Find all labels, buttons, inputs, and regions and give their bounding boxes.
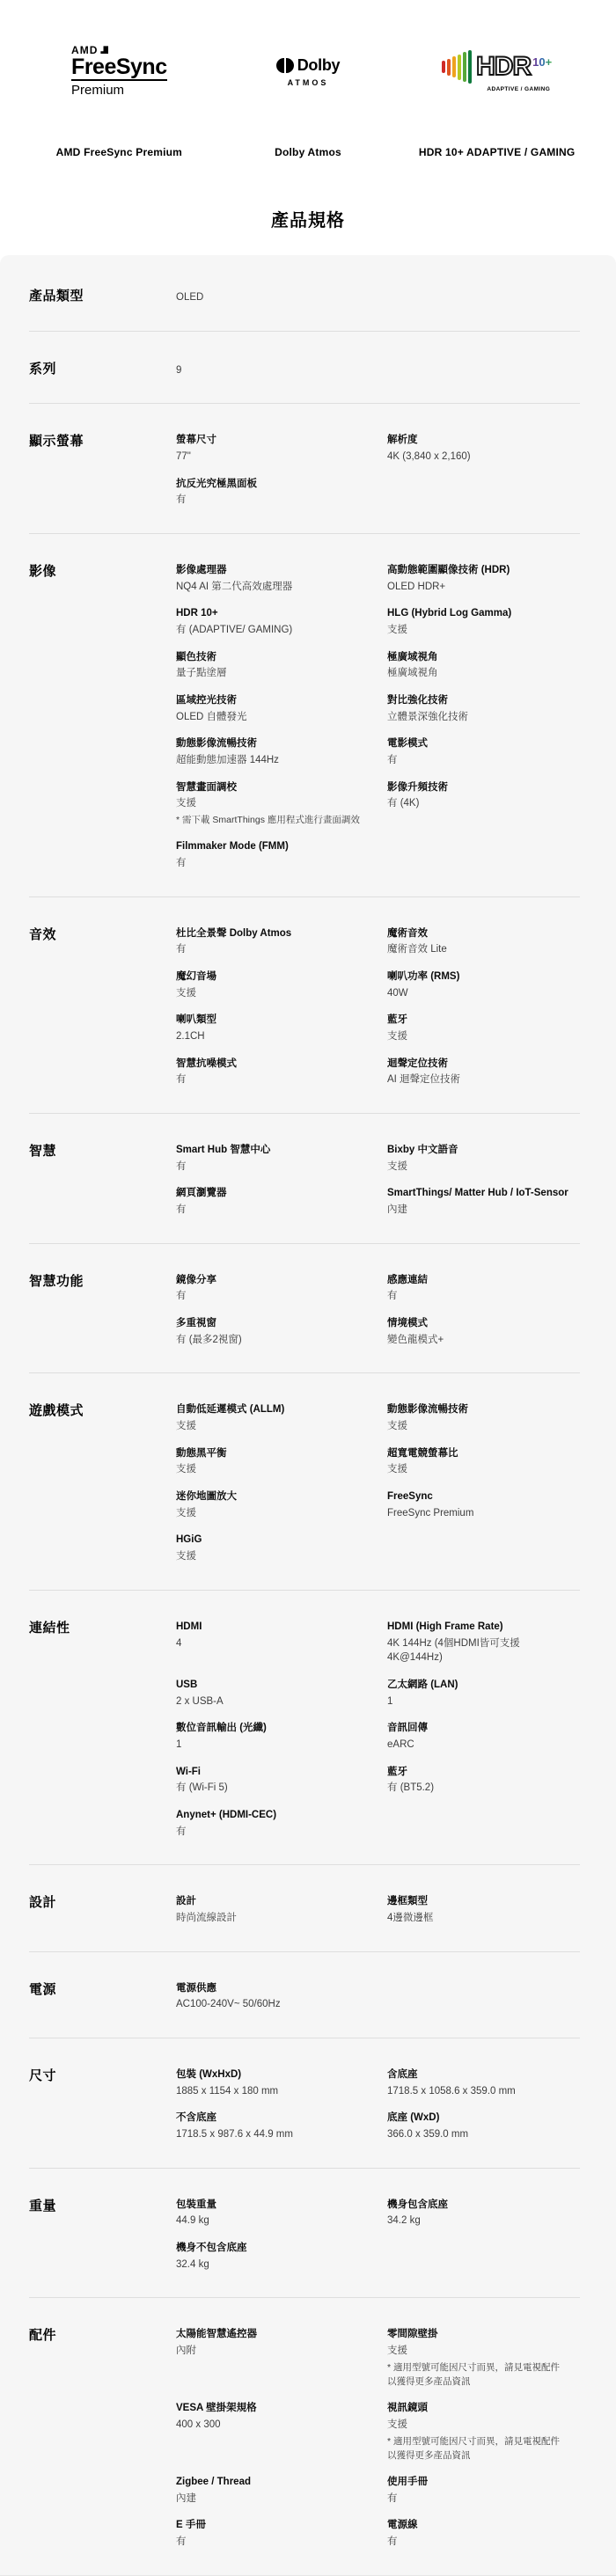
spec-item: 高動態範圍顯像技術 (HDR)OLED HDR+	[387, 563, 581, 594]
spec-item: 對比強化技術立體景深強化技術	[387, 693, 581, 724]
spec-section-power: 電源電源供應AC100-240V~ 50/60Hz	[0, 1952, 616, 2038]
spec-item: 智慧畫面調校支援* 需下載 SmartThings 應用程式進行畫面調效	[176, 780, 387, 828]
spec-item: 藍牙有 (BT5.2)	[387, 1765, 581, 1796]
hdr-10plus-wordmark: 10+	[532, 55, 552, 69]
spec-item-label: 螢幕尺寸	[176, 433, 375, 448]
spec-item-empty	[387, 361, 581, 378]
spec-item-label: 顯色技術	[176, 650, 375, 665]
spec-item: 音訊回傳eARC	[387, 1721, 581, 1752]
spec-item-value: 9	[176, 361, 375, 378]
spec-item: 極廣域視角極廣域視角	[387, 650, 581, 681]
amd-freesync-logo: AMD FreeSync Premium	[71, 37, 167, 106]
spec-item: 影像升頻技術有 (4K)	[387, 780, 581, 828]
spec-item: HGiG支援	[176, 1533, 387, 1563]
spec-item: 抗反光究極黑面板有	[176, 477, 387, 508]
spec-item-label: 影像升頻技術	[387, 780, 568, 795]
spec-item: 感應連結有	[387, 1273, 581, 1304]
hdr-bar-icon	[452, 56, 456, 77]
spec-category-label: 遊戲模式	[29, 1402, 176, 1563]
spec-item-empty	[387, 1981, 581, 2012]
spec-item-value: 有	[176, 1160, 375, 1175]
spec-item-value: 有	[176, 1203, 375, 1218]
spec-item: 電影模式有	[387, 736, 581, 767]
spec-item-value: 有	[176, 1825, 375, 1840]
spec-category-label: 影像	[29, 563, 176, 871]
spec-item: 杜比全景聲 Dolby Atmos有	[176, 926, 387, 957]
spec-item-value: OLED	[176, 288, 375, 305]
dolby-atmos-logo: Dolby ATMOS	[276, 37, 341, 106]
spec-item-label: 喇叭類型	[176, 1013, 375, 1028]
spec-item: Filmmaker Mode (FMM)有	[176, 839, 387, 870]
hdr-bar-icon	[468, 50, 472, 84]
spec-section-design: 設計設計時尚流線設計邊框類型4邊微邊框	[0, 1865, 616, 1951]
spec-item: 顯色技術量子點塗層	[176, 650, 387, 681]
spec-item-value: 有 (Wi-Fi 5)	[176, 1781, 375, 1796]
dolby-atmos-logo-block: Dolby ATMOS Dolby Atmos	[214, 37, 403, 158]
amd-freesync-caption: AMD FreeSync Premium	[56, 146, 182, 158]
spec-category-label: 尺寸	[29, 2067, 176, 2142]
spec-item: 含底座1718.5 x 1058.6 x 359.0 mm	[387, 2067, 581, 2098]
spec-item: HDR 10+有 (ADAPTIVE/ GAMING)	[176, 606, 387, 637]
spec-category-label: 系列	[29, 361, 176, 378]
dolby-double-d-icon	[276, 58, 294, 73]
spec-item-value: 內建	[387, 1203, 568, 1218]
spec-item-value: 支援	[176, 1549, 375, 1564]
spec-item-label: Wi-Fi	[176, 1765, 375, 1780]
spec-item: 邊框類型4邊微邊框	[387, 1894, 581, 1925]
spec-item: SmartThings/ Matter Hub / IoT-Sensor內建	[387, 1186, 581, 1217]
spec-item: 魔幻音場支援	[176, 970, 387, 1000]
hdr-bar-icon	[442, 61, 445, 73]
spec-item-value: 40W	[387, 986, 568, 1001]
spec-item: 不含底座1718.5 x 987.6 x 44.9 mm	[176, 2111, 387, 2141]
spec-item-value: AI 迴聲定位技術	[387, 1072, 568, 1087]
spec-category-label: 重量	[29, 2198, 176, 2272]
spec-item-value: 量子點塗層	[176, 666, 375, 681]
spec-item-value: 有	[387, 2535, 568, 2550]
spec-category-label: 產品類型	[29, 288, 176, 305]
hdr-bar-icon	[447, 59, 451, 76]
spec-item-label: 魔幻音場	[176, 970, 375, 984]
spec-item-label: 魔術音效	[387, 926, 568, 941]
spec-item: 數位音訊輸出 (光纖)1	[176, 1721, 387, 1752]
spec-item-value: 支援	[176, 796, 375, 811]
spec-item-value: OLED HDR+	[387, 580, 568, 595]
spec-item: 多重視窗有 (最多2視窗)	[176, 1316, 387, 1347]
spec-category-label: 音效	[29, 926, 176, 1087]
spec-category-label: 設計	[29, 1894, 176, 1925]
spec-section-picture: 影像影像處理器NQ4 AI 第二代高效處理器高動態範圍顯像技術 (HDR)OLE…	[0, 534, 616, 897]
spec-item-value: eARC	[387, 1738, 568, 1753]
spec-item-value: 400 x 300	[176, 2418, 375, 2433]
spec-item: OLED	[176, 288, 387, 305]
spec-item: 動態影像流暢技術超能動態加速器 144Hz	[176, 736, 387, 767]
spec-category-label: 顯示螢幕	[29, 433, 176, 508]
spec-category-label: 智慧功能	[29, 1273, 176, 1348]
spec-item-label: 多重視窗	[176, 1316, 375, 1331]
spec-item-value: FreeSync Premium	[387, 1506, 568, 1521]
spec-item-label: 極廣域視角	[387, 650, 568, 665]
spec-item-empty	[387, 1533, 581, 1563]
spec-item-label: 智慧畫面調校	[176, 780, 375, 795]
certification-logos: AMD FreeSync Premium AMD FreeSync Premiu…	[0, 0, 616, 158]
spec-item-value: 超能動態加速器 144Hz	[176, 753, 375, 768]
spec-item: HDMI (High Frame Rate)4K 144Hz (4個HDMI皆可…	[387, 1620, 581, 1665]
spec-section-dimension: 尺寸包裝 (WxHxD)1885 x 1154 x 180 mm含底座1718.…	[0, 2038, 616, 2169]
spec-item: 喇叭功率 (RMS)40W	[387, 970, 581, 1000]
spec-item-value: 4邊微邊框	[387, 1911, 568, 1926]
spec-item-empty	[387, 839, 581, 870]
spec-item: 魔術音效魔術音效 Lite	[387, 926, 581, 957]
dolby-wordmark: Dolby	[297, 56, 341, 75]
product-spec-page: AMD FreeSync Premium AMD FreeSync Premiu…	[0, 0, 616, 2576]
spec-item-empty	[387, 1808, 581, 1839]
spec-item: 解析度4K (3,840 x 2,160)	[387, 433, 581, 464]
spec-section-accessory: 配件太陽能智慧遙控器內附零間隙壁掛支援* 適用型號可能因尺寸而異，請見電視配件以…	[0, 2298, 616, 2575]
spec-item-label: 包裝 (WxHxD)	[176, 2067, 375, 2082]
spec-item-value: 支援	[387, 1419, 568, 1434]
spec-section-product-type: 產品類型OLED	[0, 259, 616, 332]
spec-item-value: 立體景深強化技術	[387, 710, 568, 725]
spec-section-audio: 音效杜比全景聲 Dolby Atmos有魔術音效魔術音效 Lite魔幻音場支援喇…	[0, 897, 616, 1114]
spec-item: 區域控光技術OLED 自體發光	[176, 693, 387, 724]
spec-item-label: Bixby 中文語音	[387, 1143, 568, 1158]
spec-item: HDMI4	[176, 1620, 387, 1665]
spec-item-label: HDMI (High Frame Rate)	[387, 1620, 568, 1635]
spec-item-empty	[387, 477, 581, 508]
spec-item-value: 34.2 kg	[387, 2214, 568, 2228]
spec-item: 動態黑平衡支援	[176, 1446, 387, 1477]
spec-item-value: 有	[176, 1289, 375, 1304]
spec-item-label: 太陽能智慧遙控器	[176, 2327, 375, 2342]
spec-item-label: 含底座	[387, 2067, 568, 2082]
spec-item-note: * 適用型號可能因尺寸而異，請見電視配件以獲得更多產品資訊	[387, 2360, 568, 2389]
spec-item: 智慧抗噪模式有	[176, 1057, 387, 1087]
spec-item: 使用手冊有	[387, 2475, 581, 2506]
spec-item-value: 支援	[387, 2344, 568, 2359]
spec-item-value: 2 x USB-A	[176, 1694, 375, 1709]
spec-item-value: 支援	[176, 986, 375, 1001]
spec-item: 電源供應AC100-240V~ 50/60Hz	[176, 1981, 387, 2012]
spec-item-value: 366.0 x 359.0 mm	[387, 2127, 568, 2142]
spec-item-label: 機身包含底座	[387, 2198, 568, 2213]
spec-item: 喇叭類型2.1CH	[176, 1013, 387, 1043]
spec-item-value: 1	[387, 1694, 568, 1709]
spec-item-value: 1885 x 1154 x 180 mm	[176, 2084, 375, 2099]
spec-item-label: 動態影像流暢技術	[387, 1402, 568, 1417]
spec-item-value: 支援	[387, 1029, 568, 1044]
spec-item-label: HDR 10+	[176, 606, 375, 621]
spec-item-value: 支援	[387, 1160, 568, 1175]
spec-item-value: 有 (ADAPTIVE/ GAMING)	[176, 623, 375, 638]
spec-item: 機身不包含底座32.4 kg	[176, 2241, 387, 2272]
spec-item-value: 有	[176, 2535, 375, 2550]
spec-item-label: 影像處理器	[176, 563, 375, 578]
spec-item-label: 鏡像分享	[176, 1273, 375, 1288]
spec-item-label: Zigbee / Thread	[176, 2475, 375, 2490]
spec-item-label: 動態影像流暢技術	[176, 736, 375, 751]
spec-item: 影像處理器NQ4 AI 第二代高效處理器	[176, 563, 387, 594]
spec-item-label: 情境模式	[387, 1316, 568, 1331]
spec-item-value: 有	[176, 942, 375, 957]
spec-item-label: 超寬電競螢幕比	[387, 1446, 568, 1461]
spec-item-value: 支援	[387, 623, 568, 638]
spec-item-label: 智慧抗噪模式	[176, 1057, 375, 1072]
spec-item-value: 支援	[387, 2418, 568, 2433]
hdr10plus-logo-block: HDR 10+ ADAPTIVE / GAMING HDR 10+ ADAPTI…	[402, 37, 591, 158]
hdr-bar-icon	[463, 52, 466, 82]
spec-category-label: 配件	[29, 2327, 176, 2549]
spec-item-value: 32.4 kg	[176, 2258, 375, 2272]
spec-item-label: FreeSync	[387, 1489, 568, 1504]
spec-item-value: 4K (3,840 x 2,160)	[387, 450, 568, 465]
spec-item-value: 77"	[176, 450, 375, 465]
spec-item: 迷你地圖放大支援	[176, 1489, 387, 1520]
spec-item-value: 44.9 kg	[176, 2214, 375, 2228]
spec-item: Anynet+ (HDMI-CEC)有	[176, 1808, 387, 1839]
spec-item-note: * 需下載 SmartThings 應用程式進行畫面調效	[176, 813, 375, 827]
spec-item: FreeSyncFreeSync Premium	[387, 1489, 581, 1520]
spec-item: Zigbee / Thread內建	[176, 2475, 387, 2506]
spec-item: 機身包含底座34.2 kg	[387, 2198, 581, 2228]
spec-item-value: 有	[176, 1072, 375, 1087]
spec-item-label: 底座 (WxD)	[387, 2111, 568, 2126]
spec-item-label: 藍牙	[387, 1765, 568, 1780]
spec-item: 電源線有	[387, 2518, 581, 2549]
spec-item-value: 支援	[387, 1462, 568, 1477]
spec-item-value: 有	[176, 856, 375, 871]
spec-item-value: 支援	[176, 1506, 375, 1521]
spec-item-label: 不含底座	[176, 2111, 375, 2126]
spec-item-value: 時尚流線設計	[176, 1911, 375, 1926]
spec-item-label: 對比強化技術	[387, 693, 568, 708]
spec-item-label: Anynet+ (HDMI-CEC)	[176, 1808, 375, 1823]
spec-item-value: 有	[176, 493, 375, 508]
spec-item-label: 藍牙	[387, 1013, 568, 1028]
spec-item: 包裝 (WxHxD)1885 x 1154 x 180 mm	[176, 2067, 387, 2098]
spec-item-value: AC100-240V~ 50/60Hz	[176, 1997, 375, 2012]
spec-item-value: 有 (最多2視窗)	[176, 1333, 375, 1348]
spec-item: 情境模式變色龍模式+	[387, 1316, 581, 1347]
spec-section-smart-feature: 智慧功能鏡像分享有感應連結有多重視窗有 (最多2視窗)情境模式變色龍模式+	[0, 1244, 616, 1374]
spec-item: Bixby 中文語音支援	[387, 1143, 581, 1174]
dolby-atmos-caption: Dolby Atmos	[275, 146, 341, 158]
spec-item: 超寬電競螢幕比支援	[387, 1446, 581, 1477]
spec-item-label: 零間隙壁掛	[387, 2327, 568, 2342]
spec-section-display: 顯示螢幕螢幕尺寸77"解析度4K (3,840 x 2,160)抗反光究極黑面板…	[0, 404, 616, 534]
spec-table: 產品類型OLED系列9顯示螢幕螢幕尺寸77"解析度4K (3,840 x 2,1…	[0, 255, 616, 2576]
spec-item-value: 1	[176, 1738, 375, 1753]
spec-item-label: HGiG	[176, 1533, 375, 1548]
spec-item-label: 抗反光究極黑面板	[176, 477, 375, 492]
spec-item: 零間隙壁掛支援* 適用型號可能因尺寸而異，請見電視配件以獲得更多產品資訊	[387, 2327, 581, 2389]
spec-item: 包裝重量44.9 kg	[176, 2198, 387, 2228]
hdr-bar-icon	[458, 55, 461, 80]
spec-item: Smart Hub 智慧中心有	[176, 1143, 387, 1174]
spec-item-label: HLG (Hybrid Log Gamma)	[387, 606, 568, 621]
spec-item: Wi-Fi有 (Wi-Fi 5)	[176, 1765, 387, 1796]
spec-item-label: 包裝重量	[176, 2198, 375, 2213]
spec-item-label: SmartThings/ Matter Hub / IoT-Sensor	[387, 1186, 568, 1201]
spec-item-label: 使用手冊	[387, 2475, 568, 2490]
spec-item-label: 數位音訊輸出 (光纖)	[176, 1721, 375, 1736]
spec-item-label: 機身不包含底座	[176, 2241, 375, 2256]
spec-item-note: * 適用型號可能因尺寸而異，請見電視配件以獲得更多產品資訊	[387, 2434, 568, 2463]
spec-item-label: 杜比全景聲 Dolby Atmos	[176, 926, 375, 941]
amd-arrow-icon	[100, 46, 108, 54]
spec-item: 底座 (WxD)366.0 x 359.0 mm	[387, 2111, 581, 2141]
spec-item-label: 區域控光技術	[176, 693, 375, 708]
spec-item-label: 設計	[176, 1894, 375, 1909]
spec-item-value: 魔術音效 Lite	[387, 942, 568, 957]
spec-item: 網頁瀏覽器有	[176, 1186, 387, 1217]
spec-item-value: 有	[387, 2492, 568, 2506]
spec-category-label: 連結性	[29, 1620, 176, 1839]
spec-item: 9	[176, 361, 387, 378]
spec-item-label: 解析度	[387, 433, 568, 448]
spec-item-value: 支援	[176, 1419, 375, 1434]
spec-item: 太陽能智慧遙控器內附	[176, 2327, 387, 2389]
spec-item-label: 迷你地圖放大	[176, 1489, 375, 1504]
spec-item-empty	[387, 288, 581, 305]
spec-item-label: USB	[176, 1678, 375, 1693]
hdr10plus-logo: HDR 10+ ADAPTIVE / GAMING	[442, 37, 552, 106]
spec-item-label: HDMI	[176, 1620, 375, 1635]
spec-item-value: 有	[387, 753, 568, 768]
spec-item-label: 自動低延遲模式 (ALLM)	[176, 1402, 375, 1417]
spec-item-label: VESA 壁掛架規格	[176, 2401, 375, 2416]
spec-item-label: 高動態範圍顯像技術 (HDR)	[387, 563, 568, 578]
spec-item-label: 電源線	[387, 2518, 568, 2533]
spec-item-value: NQ4 AI 第二代高效處理器	[176, 580, 375, 595]
hdr-adaptive-gaming-text: ADAPTIVE / GAMING	[487, 86, 550, 92]
spec-item-label: 視訊鏡頭	[387, 2401, 568, 2416]
spec-item-empty	[387, 2241, 581, 2272]
spec-section-smart: 智慧Smart Hub 智慧中心有Bixby 中文語音支援網頁瀏覽器有Smart…	[0, 1114, 616, 1244]
atmos-wordmark: ATMOS	[288, 78, 329, 87]
spec-item: 視訊鏡頭支援* 適用型號可能因尺寸而異，請見電視配件以獲得更多產品資訊	[387, 2401, 581, 2463]
spec-category-label: 電源	[29, 1981, 176, 2012]
spec-item-value: 內附	[176, 2344, 375, 2359]
hdr-rainbow-bars-icon	[442, 50, 472, 84]
spec-item-value: 1718.5 x 1058.6 x 359.0 mm	[387, 2084, 568, 2099]
spec-item-label: E 手冊	[176, 2518, 375, 2533]
spec-item-label: 動態黑平衡	[176, 1446, 375, 1461]
spec-section-series: 系列9	[0, 332, 616, 405]
spec-item-label: Filmmaker Mode (FMM)	[176, 839, 375, 854]
spec-item-label: 喇叭功率 (RMS)	[387, 970, 568, 984]
spec-item: 乙太網路 (LAN)1	[387, 1678, 581, 1709]
hdr10plus-caption: HDR 10+ ADAPTIVE / GAMING	[419, 146, 576, 158]
spec-item: USB2 x USB-A	[176, 1678, 387, 1709]
spec-item: E 手冊有	[176, 2518, 387, 2549]
spec-item: 動態影像流暢技術支援	[387, 1402, 581, 1433]
spec-item: 藍牙支援	[387, 1013, 581, 1043]
spec-item-label: Smart Hub 智慧中心	[176, 1143, 375, 1158]
spec-item-value: 極廣域視角	[387, 666, 568, 681]
spec-item-label: 網頁瀏覽器	[176, 1186, 375, 1201]
spec-item-value: 1718.5 x 987.6 x 44.9 mm	[176, 2127, 375, 2142]
spec-item: VESA 壁掛架規格400 x 300	[176, 2401, 387, 2463]
spec-item-value: 4	[176, 1636, 375, 1651]
spec-item: 迴聲定位技術AI 迴聲定位技術	[387, 1057, 581, 1087]
spec-item-label: 電源供應	[176, 1981, 375, 1996]
spec-section-weight: 重量包裝重量44.9 kg機身包含底座34.2 kg機身不包含底座32.4 kg	[0, 2169, 616, 2299]
spec-item-label: 邊框類型	[387, 1894, 568, 1909]
spec-item-value: OLED 自體發光	[176, 710, 375, 725]
spec-item-label: 感應連結	[387, 1273, 568, 1288]
spec-section-game-mode: 遊戲模式自動低延遲模式 (ALLM)支援動態影像流暢技術支援動態黑平衡支援超寬電…	[0, 1373, 616, 1590]
spec-item-label: 乙太網路 (LAN)	[387, 1678, 568, 1693]
spec-item-label: 電影模式	[387, 736, 568, 751]
spec-category-label: 智慧	[29, 1143, 176, 1218]
spec-item-value: 2.1CH	[176, 1029, 375, 1044]
spec-item-value: 4K 144Hz (4個HDMI皆可支援4K@144Hz)	[387, 1636, 568, 1665]
spec-section-connectivity: 連結性HDMI4HDMI (High Frame Rate)4K 144Hz (…	[0, 1591, 616, 1865]
spec-item: 設計時尚流線設計	[176, 1894, 387, 1925]
spec-item-value: 變色龍模式+	[387, 1333, 568, 1348]
spec-item-label: 音訊回傳	[387, 1721, 568, 1736]
spec-item: HLG (Hybrid Log Gamma)支援	[387, 606, 581, 637]
freesync-wordmark: FreeSync	[71, 55, 167, 81]
spec-item: 螢幕尺寸77"	[176, 433, 387, 464]
amd-freesync-logo-block: AMD FreeSync Premium AMD FreeSync Premiu…	[25, 37, 214, 158]
spec-item: 自動低延遲模式 (ALLM)支援	[176, 1402, 387, 1433]
page-title: 產品規格	[0, 206, 616, 231]
spec-item-value: 支援	[176, 1462, 375, 1477]
spec-item-value: 有 (BT5.2)	[387, 1781, 568, 1796]
spec-item: 鏡像分享有	[176, 1273, 387, 1304]
spec-item-value: 有 (4K)	[387, 796, 568, 811]
hdr-wordmark: HDR	[476, 54, 531, 80]
spec-item-value: 內建	[176, 2492, 375, 2506]
spec-item-value: 有	[387, 1289, 568, 1304]
premium-wordmark: Premium	[71, 83, 124, 98]
spec-item-label: 迴聲定位技術	[387, 1057, 568, 1072]
